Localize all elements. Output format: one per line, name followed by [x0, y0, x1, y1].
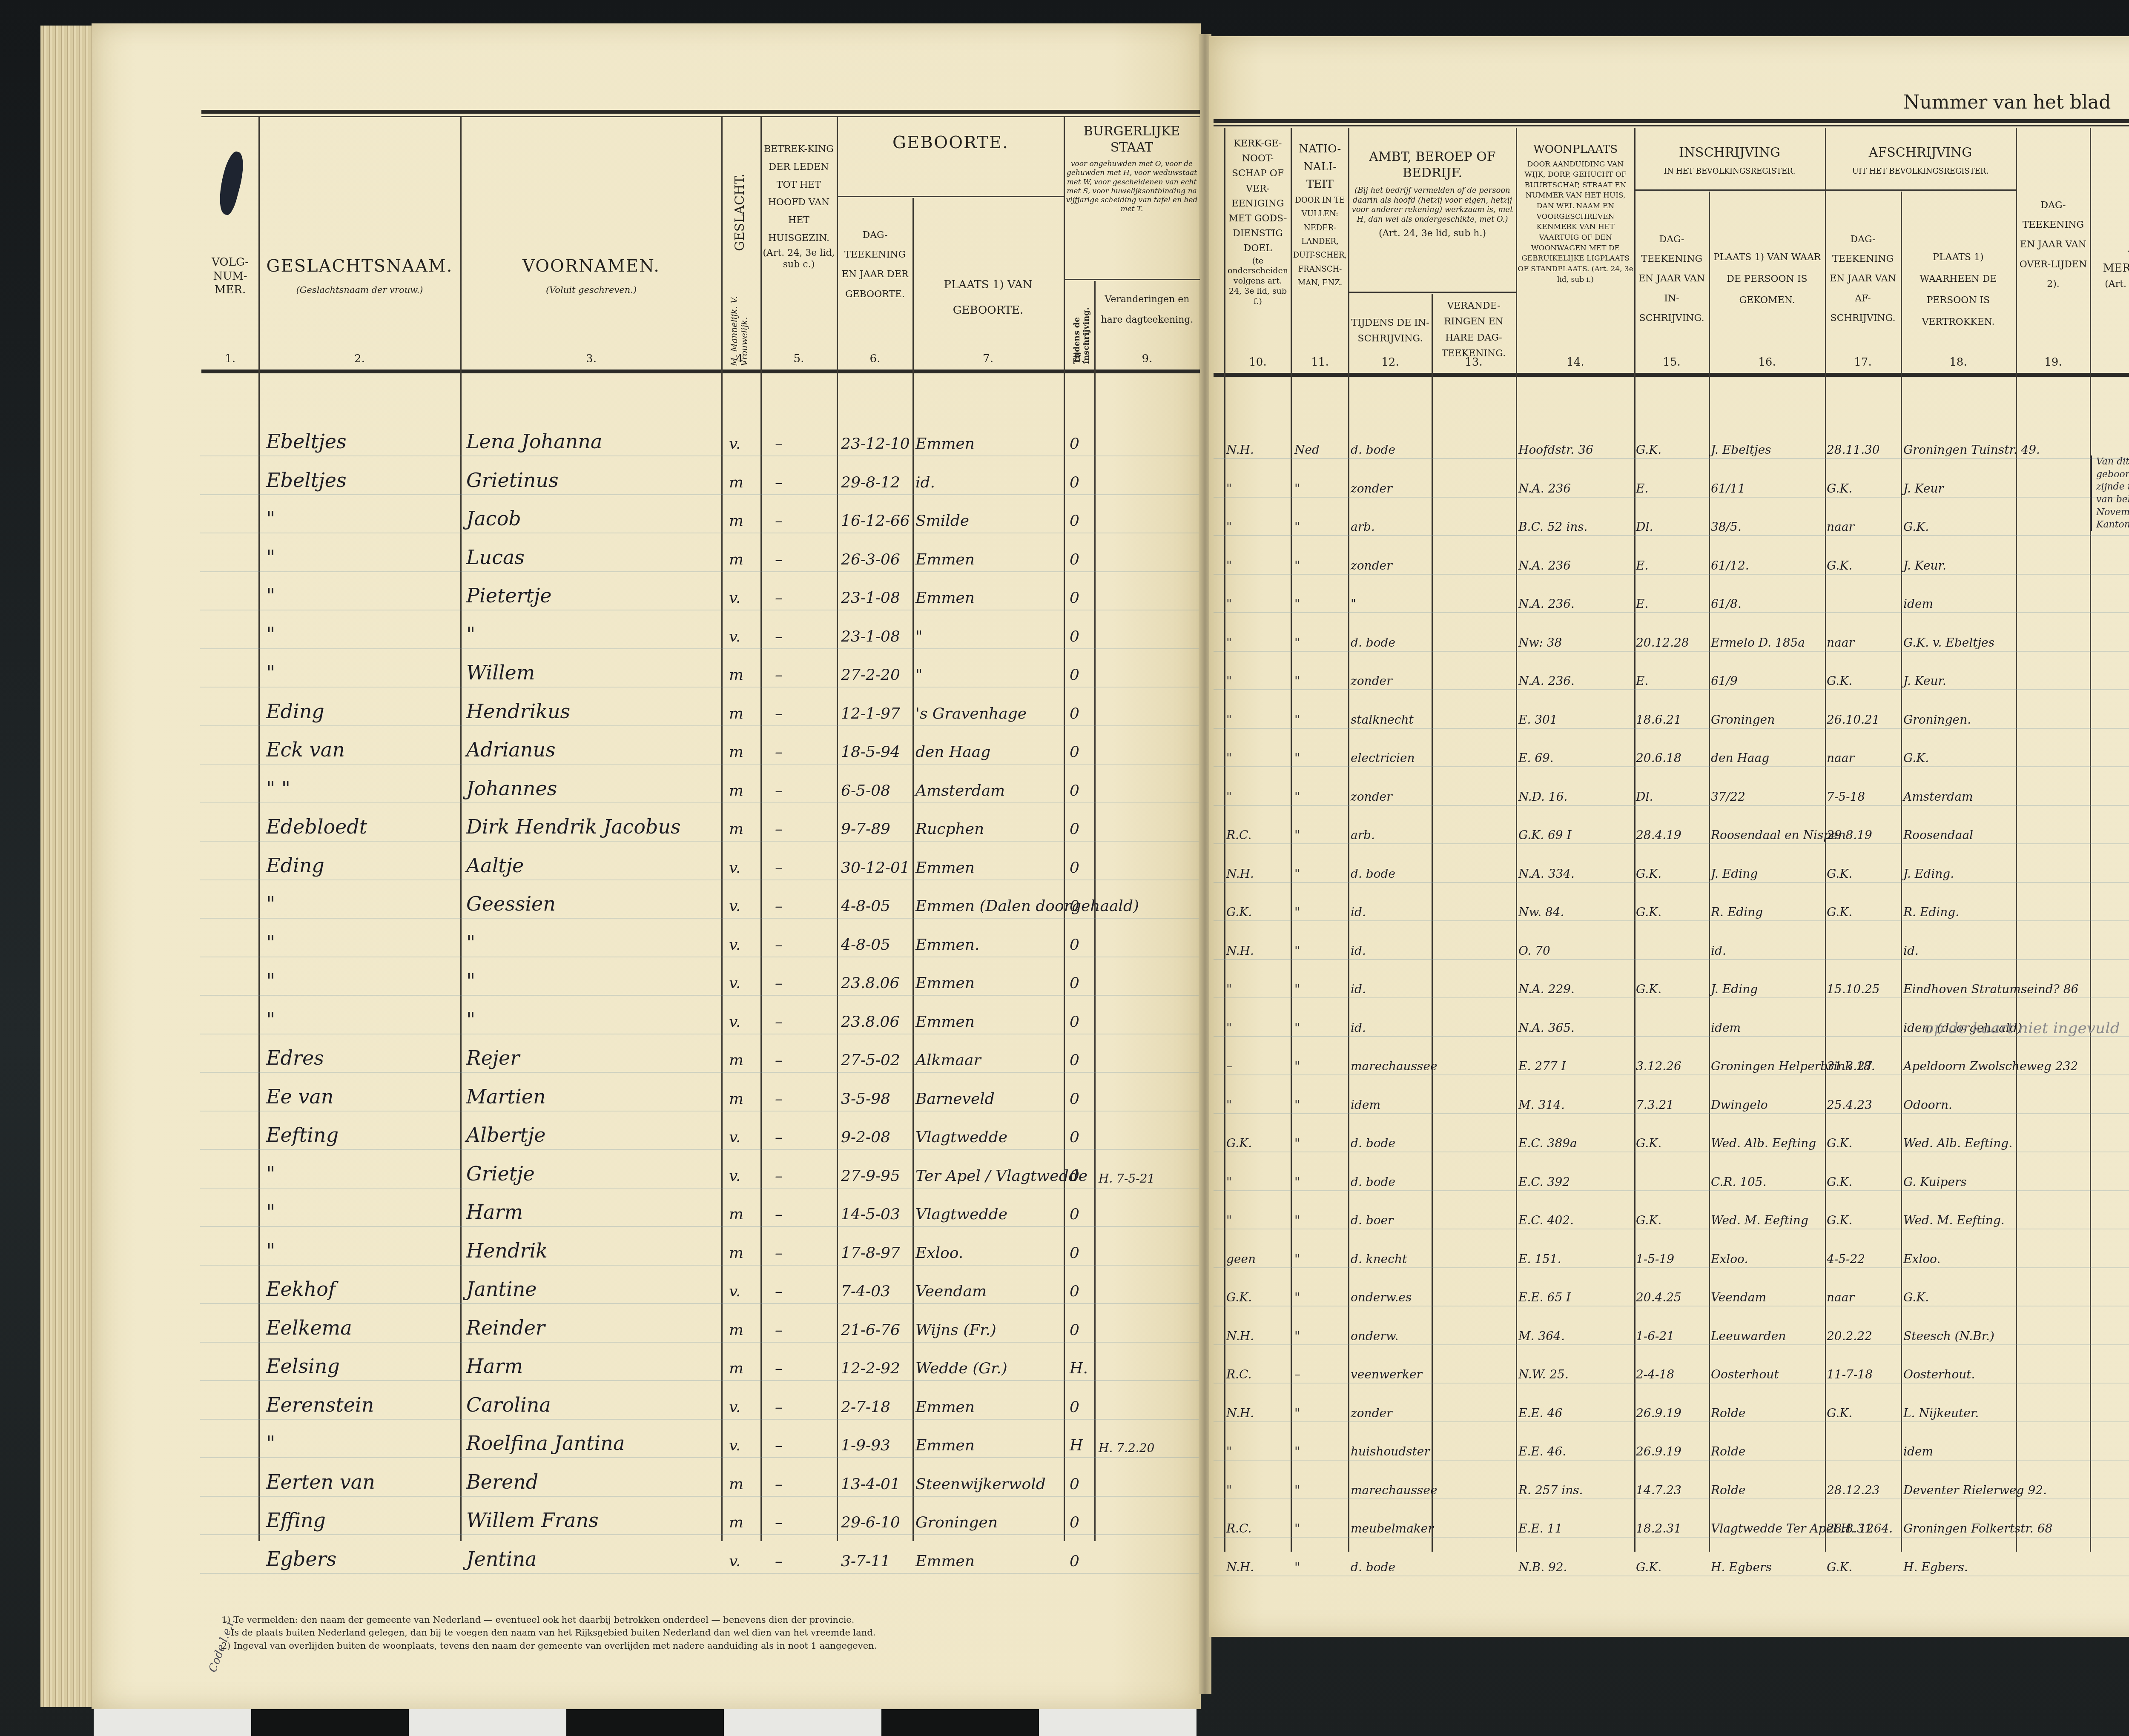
- cell-given: Harm: [466, 1200, 523, 1223]
- column-number: 9.: [1096, 352, 1198, 365]
- remark-brace-note: Van dit kind is geen geboorteakte opgema…: [2091, 455, 2129, 531]
- cell-church: N.H.: [1226, 944, 1254, 958]
- cell-in-date: 1-5-19: [1636, 1252, 1674, 1266]
- cell-church: G.K.: [1226, 1290, 1252, 1304]
- cell-rel: –: [775, 1167, 783, 1185]
- cell-in-from: Leeuwarden: [1711, 1329, 1786, 1343]
- cell-out-to: Deventer Rielerweg 92.: [1903, 1483, 2031, 1497]
- cell-out-date: G.K.: [1827, 1136, 1852, 1150]
- cell-born: 29-6-10: [841, 1514, 900, 1531]
- cell-church: ": [1226, 790, 1232, 804]
- cell-out-to: Eindhoven Stratumseind? 86: [1903, 982, 2031, 996]
- cell-surname: Eelkema: [266, 1316, 352, 1339]
- cell-place: Emmen: [915, 859, 975, 877]
- ruled-line: [1214, 574, 2129, 575]
- cell-place: ": [915, 628, 923, 645]
- cell-place: Emmen: [915, 1437, 975, 1454]
- cell-in-from: Wed. Alb. Eefting: [1711, 1136, 1816, 1150]
- cell-rel: –: [775, 666, 783, 684]
- cell-civ: 0: [1070, 1514, 1079, 1531]
- cell-nat: ": [1294, 1059, 1300, 1073]
- cell-church: R.C.: [1226, 828, 1251, 842]
- cell-civ: 0: [1070, 974, 1079, 992]
- cell-rel: –: [775, 1090, 783, 1108]
- cell-sex: m: [729, 512, 743, 530]
- col-line: [912, 198, 914, 1541]
- cell-in-date: 1-6-21: [1636, 1329, 1674, 1343]
- cell-home: Nw: 38: [1518, 636, 1562, 650]
- group-header-geboorte: GEBOORTE.: [839, 132, 1062, 153]
- cell-place: Veendam: [915, 1283, 987, 1300]
- cell-civ: 0: [1070, 1321, 1079, 1339]
- cell-rel: –: [775, 1013, 783, 1031]
- ruled-line: [1214, 1537, 2129, 1538]
- cell-out-to: Amsterdam: [1903, 790, 1973, 804]
- cell-nat: ": [1294, 905, 1300, 919]
- cell-surname: ": [266, 1162, 275, 1185]
- col-line: [1709, 192, 1710, 1552]
- cell-rel: –: [775, 551, 783, 568]
- cell-given: Grietje: [466, 1162, 535, 1185]
- cell-occ: arb.: [1351, 520, 1375, 534]
- cell-occ: id.: [1351, 944, 1366, 958]
- cell-out-date: 29.8.19: [1827, 828, 1872, 842]
- cell-civ: 0: [1070, 1283, 1079, 1300]
- cell-sex: v.: [729, 1553, 741, 1570]
- cell-born: 14-5-03: [841, 1206, 900, 1223]
- cell-born: 26-3-06: [841, 551, 900, 568]
- cell-place: Groningen: [915, 1514, 998, 1531]
- cell-place: id.: [915, 474, 935, 491]
- cell-in-from: Rolde: [1711, 1406, 1745, 1420]
- cell-out-date: 25.4.23: [1827, 1098, 1872, 1112]
- ruled-line: [200, 802, 1199, 803]
- cell-civ: 0: [1070, 897, 1079, 915]
- cell-surname: Eerenstein: [266, 1393, 374, 1416]
- cell-born: 12-2-92: [841, 1360, 900, 1377]
- column-number: 16.: [1710, 356, 1824, 369]
- cell-surname: Eekhof: [266, 1278, 336, 1301]
- column-number: 15.: [1636, 356, 1707, 369]
- footnote-1b: Is de plaats buiten Nederland gelegen, d…: [221, 1626, 967, 1639]
- header-top-rule-right-thin: [1214, 125, 2129, 126]
- cell-out-to: Oosterhout.: [1903, 1367, 1975, 1381]
- group-header-inschrijving: INSCHRIJVINGIN HET BEVOLKINGSREGISTER.: [1636, 145, 1823, 176]
- cell-nat: ": [1294, 597, 1300, 611]
- cell-rel: –: [775, 512, 783, 530]
- cell-civ: H: [1070, 1437, 1083, 1454]
- cell-out-to: Odoorn.: [1903, 1098, 1952, 1112]
- cell-surname: ": [266, 1008, 275, 1031]
- cell-given: ": [466, 1008, 475, 1031]
- cell-church: ": [1226, 520, 1232, 534]
- column-number: 11.: [1293, 356, 1347, 369]
- cell-sex: v.: [729, 435, 741, 453]
- ruled-line: [1214, 882, 2129, 883]
- cell-in-date: 3.12.26: [1636, 1059, 1681, 1073]
- ruled-line: [200, 1034, 1199, 1034]
- cell-surname: ": [266, 1432, 275, 1455]
- cell-nat: Ned: [1294, 443, 1320, 457]
- cell-place: Alkmaar: [915, 1051, 981, 1069]
- cell-given: Rejer: [466, 1046, 519, 1069]
- ruled-line: [1214, 651, 2129, 652]
- cell-surname: ": [266, 584, 275, 607]
- cell-rel: –: [775, 743, 783, 761]
- cell-in-date: G.K.: [1636, 1560, 1661, 1574]
- cell-given: Dirk Hendrik Jacobus: [466, 815, 681, 838]
- cell-born: 4-8-05: [841, 936, 890, 954]
- cell-home: N.A. 236: [1518, 481, 1571, 496]
- cell-given: Willem: [466, 661, 535, 684]
- cell-given: ": [466, 931, 475, 954]
- cell-civ: 0: [1070, 1244, 1079, 1262]
- cell-nat: –: [1294, 1367, 1300, 1381]
- cell-born: 27-2-20: [841, 666, 900, 684]
- cell-home: E.E. 46: [1518, 1406, 1562, 1420]
- cell-surname: Eerten van: [266, 1470, 375, 1493]
- cell-home: M. 314.: [1518, 1098, 1565, 1112]
- cell-surname: ": [266, 546, 275, 569]
- cell-out-date: G.K.: [1827, 905, 1852, 919]
- header-voornamen: VOORNAMEN.(Voluit geschreven.): [462, 255, 720, 295]
- cell-sex: v.: [729, 897, 741, 915]
- cell-in-from: J. Ebeltjes: [1711, 443, 1771, 457]
- cell-surname: Eding: [266, 700, 324, 723]
- cell-occ: huishoudster: [1351, 1444, 1430, 1458]
- cell-civ: 0: [1070, 1090, 1079, 1108]
- cell-given: Lena Johanna: [466, 430, 602, 453]
- cell-nat: ": [1294, 828, 1300, 842]
- cell-church: N.H.: [1226, 1560, 1254, 1574]
- cell-sex: m: [729, 705, 743, 722]
- cell-nat: ": [1294, 1021, 1300, 1035]
- column-number: 19.: [2017, 356, 2089, 369]
- cell-surname: ": [266, 969, 275, 992]
- cell-given: Pietertje: [466, 584, 552, 607]
- cell-surname: Eelsing: [266, 1355, 340, 1378]
- header-tijdens-inschrijving-beroep: TIJDENS DE IN-SCHRIJVING.: [1350, 315, 1431, 347]
- cell-in-from: Veendam: [1711, 1290, 1766, 1304]
- footnote-2: 2) Ingeval van overlijden buiten de woon…: [221, 1639, 967, 1652]
- header-geboortedatum: DAG-TEEKENING EN JAAR DER GEBOORTE.: [839, 226, 911, 304]
- cell-sex: v.: [729, 1437, 741, 1454]
- cell-church: ": [1226, 559, 1232, 573]
- column-number: 12.: [1350, 356, 1431, 369]
- cell-occ: ": [1351, 597, 1356, 611]
- ruled-line: [200, 494, 1199, 495]
- cell-out-date: G.K.: [1827, 1406, 1852, 1420]
- cell-occ: d. bode: [1351, 867, 1395, 881]
- column-number: 17.: [1827, 356, 1899, 369]
- cell-in-date: 20.12.28: [1636, 636, 1689, 650]
- ruled-line: [1214, 612, 2129, 613]
- ruled-line: [1214, 1498, 2129, 1499]
- header-nationaliteit: NATIO-NALI-TEITDOOR IN TE VULLEN: NEDER-…: [1293, 140, 1347, 290]
- cell-rel: –: [775, 897, 783, 915]
- cell-sex: m: [729, 1475, 743, 1493]
- cell-church: ": [1226, 636, 1232, 650]
- cell-out-date: G.K.: [1827, 559, 1852, 573]
- header-tijdens-inschrijving: Tijdens de inschrijving.: [1072, 283, 1091, 364]
- cell-in-date: Dl.: [1636, 520, 1653, 534]
- col-line: [1901, 192, 1902, 1552]
- cell-surname: Effing: [266, 1509, 326, 1532]
- ruled-line: [200, 1380, 1199, 1381]
- cell-church: ": [1226, 1213, 1232, 1227]
- cell-rel: –: [775, 435, 783, 453]
- cell-born: 27-9-95: [841, 1167, 900, 1185]
- cell-place: Exloo.: [915, 1244, 963, 1262]
- cell-out-date: G.K.: [1827, 674, 1852, 688]
- cell-civ: 0: [1070, 512, 1079, 530]
- cell-out-to: Exloo.: [1903, 1252, 1940, 1266]
- cell-place: Emmen.: [915, 936, 980, 954]
- ruled-line: [1214, 1229, 2129, 1229]
- cell-church: ": [1226, 713, 1232, 727]
- cell-home: E.C. 389a: [1518, 1136, 1577, 1150]
- cell-surname: ": [266, 931, 275, 954]
- col-line: [837, 117, 838, 1541]
- ruled-line: [200, 995, 1199, 996]
- cell-out-date: G.K.: [1827, 1175, 1852, 1189]
- cell-occ: id.: [1351, 905, 1366, 919]
- cell-in-date: 20.4.25: [1636, 1290, 1681, 1304]
- cell-in-date: E.: [1636, 674, 1648, 688]
- cell-civ: 0: [1070, 628, 1079, 645]
- header-volgnummer: VOLG-NUM-MER.: [204, 255, 257, 297]
- cell-occ: zonder: [1351, 1406, 1392, 1420]
- cell-in-from: H. Egbers: [1711, 1560, 1772, 1574]
- cell-sex: v.: [729, 859, 741, 877]
- cell-given: Jacob: [466, 507, 521, 530]
- cell-surname: ": [266, 507, 275, 530]
- header-betrekking: BETREK-KING DER LEDEN TOT HET HOOFD VAN …: [762, 140, 835, 271]
- cell-given: Willem Frans: [466, 1509, 599, 1532]
- cell-born: 27-5-02: [841, 1051, 900, 1069]
- col-line: [1634, 128, 1635, 1552]
- cell-rel: –: [775, 1398, 783, 1416]
- book-page-edges: [40, 26, 94, 1707]
- cell-sex: m: [729, 782, 743, 799]
- cell-in-date: 18.2.31: [1636, 1521, 1681, 1535]
- cell-given: Jentina: [466, 1547, 537, 1570]
- ruled-line: [200, 610, 1199, 610]
- cell-home: N.A. 236.: [1518, 674, 1575, 688]
- cell-place: Emmen: [915, 1553, 975, 1570]
- ruled-line: [1214, 920, 2129, 921]
- cell-out-date: 26.10.21: [1827, 713, 1880, 727]
- cell-out-to: Groningen Tuinstr. 49.: [1903, 443, 2031, 457]
- cell-out-to: Steesch (N.Br.): [1903, 1329, 1994, 1343]
- cell-out-date: 7-5-18: [1827, 790, 1865, 804]
- footnote-1: 1) Te vermelden: den naam der gemeente v…: [221, 1613, 967, 1626]
- cell-place: Emmen: [915, 435, 975, 453]
- cell-civ: 0: [1070, 435, 1079, 453]
- cell-born: 12-1-97: [841, 705, 900, 722]
- cell-church: ": [1226, 1021, 1232, 1035]
- cell-church: ": [1226, 1098, 1232, 1112]
- cell-born: 16-12-66: [841, 512, 910, 530]
- cell-born: 23.8.06: [841, 1013, 899, 1031]
- cell-in-date: 26.9.19: [1636, 1444, 1681, 1458]
- cell-given: Hendrik: [466, 1239, 548, 1262]
- ruled-line: [200, 1419, 1199, 1420]
- cell-place: Vlagtwedde: [915, 1129, 1007, 1146]
- cell-occ: id.: [1351, 982, 1366, 996]
- cell-church: –: [1226, 1059, 1232, 1073]
- ruled-line: [200, 1573, 1199, 1574]
- cell-place: Rucphen: [915, 820, 984, 838]
- ruled-line: [1214, 1113, 2129, 1114]
- cell-rel: –: [775, 1360, 783, 1377]
- cell-sex: m: [729, 474, 743, 491]
- cell-home: N.W. 25.: [1518, 1367, 1569, 1381]
- cell-church: ": [1226, 751, 1232, 765]
- cell-given: Johannes: [466, 777, 557, 800]
- cell-surname: ": [266, 1200, 275, 1223]
- cell-nat: ": [1294, 1560, 1300, 1574]
- ruled-line: [1214, 689, 2129, 690]
- cell-in-from: Wed. M. Eefting: [1711, 1213, 1808, 1227]
- cell-out-date: 28.12.23: [1827, 1483, 1880, 1497]
- cell-nat: ": [1294, 1406, 1300, 1420]
- cell-out-date: naar: [1827, 751, 1854, 765]
- cell-in-date: E.: [1636, 481, 1648, 496]
- ruled-line: [1214, 959, 2129, 960]
- cell-surname: Ebeltjes: [266, 469, 347, 492]
- cell-home: N.A. 229.: [1518, 982, 1575, 996]
- cell-surname: Ee van: [266, 1085, 333, 1108]
- cell-sex: v.: [729, 1167, 741, 1185]
- header-bottom-rule-left: [201, 370, 1200, 373]
- cell-out-to: J. Keur.: [1903, 674, 1946, 688]
- cell-out-date: G.K.: [1827, 1560, 1852, 1574]
- cell-occ: d. bode: [1351, 1560, 1395, 1574]
- column-number: 4.: [723, 352, 760, 365]
- cell-in-date: E.: [1636, 559, 1648, 573]
- ruled-line: [1214, 1074, 2129, 1075]
- cell-out-date: 31.3.27: [1827, 1059, 1872, 1073]
- cell-nat: ": [1294, 636, 1300, 650]
- cell-church: G.K.: [1226, 1136, 1252, 1150]
- header-bottom-rule-right: [1214, 373, 2129, 377]
- column-number: 1.: [204, 352, 257, 365]
- cell-sex: m: [729, 1206, 743, 1223]
- cell-sex: v.: [729, 1283, 741, 1300]
- cell-home: G.K. 69 I: [1518, 828, 1572, 842]
- cell-rel: –: [775, 1553, 783, 1570]
- cell-in-from: idem: [1711, 1021, 1741, 1035]
- column-number: 20.: [2092, 356, 2129, 369]
- cell-civ: 0: [1070, 474, 1079, 491]
- cell-civ: 0: [1070, 1398, 1079, 1416]
- ambt-subrule: [1348, 292, 1516, 293]
- cell-rel: –: [775, 1437, 783, 1454]
- cell-rel: –: [775, 859, 783, 877]
- cell-out-to: J. Eding.: [1903, 867, 1954, 881]
- cell-place: den Haag: [915, 743, 990, 761]
- cell-nat: ": [1294, 481, 1300, 496]
- cell-born: 6-5-08: [841, 782, 890, 799]
- ruled-line: [1214, 458, 2129, 459]
- col-line: [1516, 128, 1517, 1552]
- ruled-line: [200, 1342, 1199, 1343]
- cell-rel: –: [775, 820, 783, 838]
- cell-in-from: 38/5.: [1711, 520, 1742, 534]
- cell-home: E.E. 65 I: [1518, 1290, 1571, 1304]
- cell-civ: 0: [1070, 782, 1079, 799]
- ruled-line: [200, 1226, 1199, 1227]
- col-line: [1432, 294, 1433, 1552]
- cell-nat: ": [1294, 1444, 1300, 1458]
- cell-civ: 0: [1070, 859, 1079, 877]
- cell-in-date: G.K.: [1636, 1213, 1661, 1227]
- cell-place: Wedde (Gr.): [915, 1360, 1007, 1377]
- cell-church: ": [1226, 1444, 1232, 1458]
- ruled-line: [200, 1188, 1199, 1189]
- cell-rel: –: [775, 1051, 783, 1069]
- cell-out-date: 20.2.22: [1827, 1329, 1872, 1343]
- column-number: 3.: [462, 352, 720, 365]
- cell-out-date: 28.8.31: [1827, 1521, 1872, 1535]
- column-number: 18.: [1902, 356, 2014, 369]
- ruled-line: [1214, 997, 2129, 998]
- cell-church: R.C.: [1226, 1367, 1251, 1381]
- geboorte-subrule: [837, 196, 1064, 197]
- cell-rel: –: [775, 1321, 783, 1339]
- cell-nat: ": [1294, 1521, 1300, 1535]
- cell-sex: m: [729, 1321, 743, 1339]
- cell-rel: –: [775, 705, 783, 722]
- cell-given: Roelfina Jantina: [466, 1432, 625, 1455]
- cell-occ: electricien: [1351, 751, 1415, 765]
- cell-in-from: Rolde: [1711, 1483, 1745, 1497]
- cell-civ: 0: [1070, 589, 1079, 607]
- group-header-ambt: AMBT, BEROEP OF BEDRIJF.(Bij het bedrijf…: [1350, 149, 1515, 240]
- cell-place: Emmen: [915, 589, 975, 607]
- cell-in-date: G.K.: [1636, 443, 1661, 457]
- cell-in-from: 61/11: [1711, 481, 1745, 496]
- ruled-line: [200, 1457, 1199, 1458]
- ruled-line: [1214, 1421, 2129, 1422]
- header-top-rule-right: [1214, 119, 2129, 123]
- cell-in-from: Oosterhout: [1711, 1367, 1779, 1381]
- ruled-line: [1214, 805, 2129, 806]
- cell-home: Hoofdstr. 36: [1518, 443, 1593, 457]
- col-line: [1224, 128, 1225, 1552]
- cell-in-from: J. Eding: [1711, 867, 1758, 881]
- cell-surname: ": [266, 661, 275, 684]
- cell-place: ": [915, 666, 923, 684]
- cell-surname: Ebeltjes: [266, 430, 347, 453]
- cell-civ: 0: [1070, 705, 1079, 722]
- cell-home: O. 70: [1518, 944, 1550, 958]
- cell-occ: arb.: [1351, 828, 1375, 842]
- cell-church: N.H.: [1226, 1406, 1254, 1420]
- ruled-line: [1214, 766, 2129, 767]
- cell-born: 4-8-05: [841, 897, 890, 915]
- cell-place: Smilde: [915, 512, 969, 530]
- cell-nat: ": [1294, 520, 1300, 534]
- cell-sex: v.: [729, 936, 741, 954]
- cell-church: N.H.: [1226, 443, 1254, 457]
- cell-out-date: naar: [1827, 1290, 1854, 1304]
- cell-in-date: 7.3.21: [1636, 1098, 1674, 1112]
- cell-sex: v.: [729, 1129, 741, 1146]
- ruled-line: [1214, 728, 2129, 729]
- cell-occ: d. bode: [1351, 1136, 1395, 1150]
